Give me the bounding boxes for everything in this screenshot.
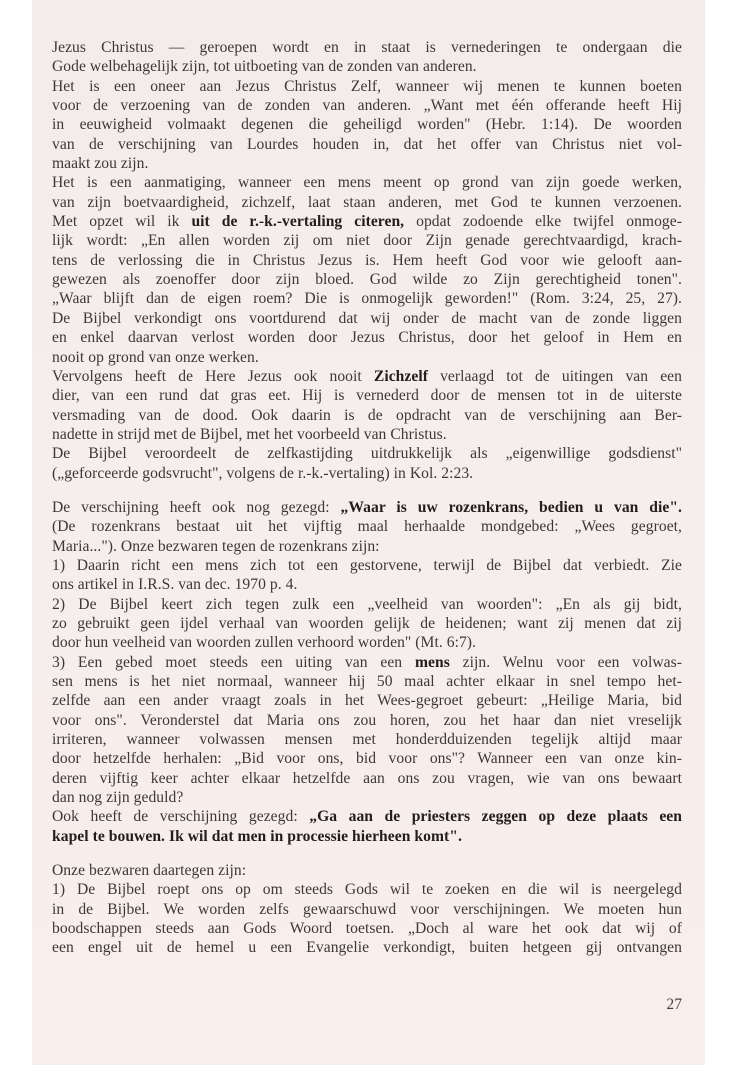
text-line: in de Bijbel. We worden zelfs gewaarschu… — [52, 900, 682, 919]
text-line: deren vijftig keer achter elkaar hetzelf… — [52, 769, 682, 788]
text-line: dan nog zijn geduld? — [52, 788, 682, 807]
text-line: en enkel daarvan verlost worden door Jez… — [52, 328, 682, 347]
bold-text: „Waar is uw rozenkrans, bedien u van die… — [341, 499, 683, 516]
text-segment: verlaagd tot de uitingen van een — [428, 368, 682, 385]
text-line: gewezen als zoenoffer door zijn bloed. G… — [52, 270, 682, 289]
text-segment: van de verschijning van Lourdes houden i… — [52, 136, 682, 153]
text-segment: in de Bijbel. We worden zelfs gewaarschu… — [52, 901, 682, 918]
text-line: De Bijbel verkondigt ons voortdurend dat… — [52, 309, 682, 328]
text-segment: „Waar blijft dan de eigen roem? Die is o… — [52, 290, 682, 307]
text-segment: De verschijning heeft ook nog gezegd: — [52, 499, 341, 516]
text-line: nooit op grond van onze werken. — [52, 348, 682, 367]
document-page: Jezus Christus — geroepen wordt en in st… — [32, 0, 705, 1065]
text-line: versmading van de dood. Ook daarin is de… — [52, 406, 682, 425]
text-segment: 1) De Bijbel roept ons op om steeds Gods… — [52, 881, 682, 898]
text-line: 3) Een gebed moet steeds een uiting van … — [52, 653, 682, 672]
text-segment: De Bijbel verkondigt ons voortdurend dat… — [52, 310, 682, 327]
text-segment: gewezen als zoenoffer door zijn bloed. G… — [52, 271, 682, 288]
text-line: 2) De Bijbel keert zich tegen zulk een „… — [52, 595, 682, 614]
bold-text: kapel te bouwen. Ik wil dat men in proce… — [52, 828, 462, 845]
text-line: „Waar blijft dan de eigen roem? Die is o… — [52, 289, 682, 308]
text-segment: deren vijftig keer achter elkaar hetzelf… — [52, 770, 682, 787]
text-line: dier, van een rund dat gras eet. Hij is … — [52, 386, 682, 405]
text-line: tens de verlossing die in Christus Jezus… — [52, 251, 682, 270]
text-segment: nooit op grond van onze werken. — [52, 349, 259, 366]
text-line: Jezus Christus — geroepen wordt en in st… — [52, 38, 682, 57]
text-segment: door hetzelfde herhalen: „Bid voor ons, … — [52, 750, 682, 767]
text-line: ons artikel in I.R.S. van dec. 1970 p. 4… — [52, 575, 682, 594]
text-segment: 1) Daarin richt een mens zich tot een ge… — [52, 557, 682, 574]
paragraph-gap — [52, 846, 682, 861]
text-line: een engel uit de hemel u een Evangelie v… — [52, 938, 682, 957]
text-line: door hun veelheid van woorden zullen ver… — [52, 633, 682, 652]
bold-text: mens — [415, 654, 450, 671]
text-segment: zo gebruikt geen ijdel verhaal van woord… — [52, 615, 682, 632]
text-segment: boodschappen steeds aan Gods Woord toets… — [52, 920, 682, 937]
text-line: kapel te bouwen. Ik wil dat men in proce… — [52, 827, 682, 846]
text-segment: versmading van de dood. Ook daarin is de… — [52, 407, 682, 424]
text-segment: (De rozenkrans bestaat uit het vijftig m… — [52, 518, 682, 535]
text-segment: opdat zodoende elke twijfel onmoge- — [404, 213, 682, 230]
bold-text: „Ga aan de priesters zeggen op deze plaa… — [309, 808, 682, 825]
text-segment: lijk wordt: „En allen worden zij om niet… — [52, 232, 682, 249]
text-segment: Met opzet wil ik — [52, 213, 191, 230]
text-line: Het is een oneer aan Jezus Christus Zelf… — [52, 77, 682, 96]
text-segment: door hun veelheid van woorden zullen ver… — [52, 634, 476, 651]
text-segment: ons artikel in I.R.S. van dec. 1970 p. 4… — [52, 576, 297, 593]
text-segment: De Bijbel veroordeelt de zelfkastijding … — [52, 445, 682, 462]
text-line: van de verschijning van Lourdes houden i… — [52, 135, 682, 154]
text-line: door hetzelfde herhalen: „Bid voor ons, … — [52, 749, 682, 768]
text-line: Gode welbehagelijk zijn, tot uitboeting … — [52, 57, 682, 76]
text-line: De Bijbel veroordeelt de zelfkastijding … — [52, 444, 682, 463]
text-segment: 3) Een gebed moet steeds een uiting van … — [52, 654, 415, 671]
text-line: boodschappen steeds aan Gods Woord toets… — [52, 919, 682, 938]
text-segment: („geforceerde godsvrucht", volgens de r.… — [52, 465, 473, 482]
text-line: De verschijning heeft ook nog gezegd: „W… — [52, 498, 682, 517]
text-segment: zelfde aan een ander vraagt zoals in het… — [52, 692, 682, 709]
text-segment: een engel uit de hemel u een Evangelie v… — [52, 939, 682, 956]
paragraph-gap — [52, 483, 682, 498]
text-line: in eeuwigheid volmaakt degenen die gehei… — [52, 115, 682, 134]
text-line: Vervolgens heeft de Here Jezus ook nooit… — [52, 367, 682, 386]
text-segment: Het is een aanmatiging, wanneer een mens… — [52, 174, 682, 191]
text-line: Ook heeft de verschijning gezegd: „Ga aa… — [52, 807, 682, 826]
bold-text: uit de r.-k.-vertaling citeren, — [191, 213, 404, 230]
text-line: Maria..."). Onze bezwaren tegen de rozen… — [52, 537, 682, 556]
bold-text: Zichzelf — [374, 368, 428, 385]
text-segment: tens de verlossing die in Christus Jezus… — [52, 252, 682, 269]
text-segment: in eeuwigheid volmaakt degenen die gehei… — [52, 116, 682, 133]
page-number: 27 — [52, 996, 682, 1014]
text-line: („geforceerde godsvrucht", volgens de r.… — [52, 464, 682, 483]
text-segment: Maria..."). Onze bezwaren tegen de rozen… — [52, 538, 380, 555]
text-line: 1) De Bijbel roept ons op om steeds Gods… — [52, 880, 682, 899]
text-line: sen mens is het niet normaal, wanneer hi… — [52, 672, 682, 691]
text-line: irriteren, wanneer volwassen mensen met … — [52, 730, 682, 749]
text-segment: voor ons". Veronderstel dat Maria ons zo… — [52, 712, 682, 729]
text-line: Onze bezwaren daartegen zijn: — [52, 861, 682, 880]
text-line: voor de verzoening van de zonden van and… — [52, 96, 682, 115]
text-segment: Ook heeft de verschijning gezegd: — [52, 808, 309, 825]
text-segment: Onze bezwaren daartegen zijn: — [52, 862, 246, 879]
text-line: (De rozenkrans bestaat uit het vijftig m… — [52, 517, 682, 536]
text-segment: irriteren, wanneer volwassen mensen met … — [52, 731, 682, 748]
text-line: Met opzet wil ik uit de r.-k.-vertaling … — [52, 212, 682, 231]
text-line: lijk wordt: „En allen worden zij om niet… — [52, 231, 682, 250]
text-line: zo gebruikt geen ijdel verhaal van woord… — [52, 614, 682, 633]
text-segment: dan nog zijn geduld? — [52, 789, 183, 806]
text-segment: en enkel daarvan verlost worden door Jez… — [52, 329, 682, 346]
text-line: maakt zou zijn. — [52, 154, 682, 173]
text-segment: dier, van een rund dat gras eet. Hij is … — [52, 387, 682, 404]
text-segment: Gode welbehagelijk zijn, tot uitboeting … — [52, 58, 477, 75]
text-segment: voor de verzoening van de zonden van and… — [52, 97, 682, 114]
text-segment: sen mens is het niet normaal, wanneer hi… — [52, 673, 682, 690]
text-line: 1) Daarin richt een mens zich tot een ge… — [52, 556, 682, 575]
text-segment: Vervolgens heeft de Here Jezus ook nooit — [52, 368, 374, 385]
body-text: Jezus Christus — geroepen wordt en in st… — [52, 38, 682, 958]
text-line: zelfde aan een ander vraagt zoals in het… — [52, 691, 682, 710]
text-segment: 2) De Bijbel keert zich tegen zulk een „… — [52, 596, 682, 613]
text-segment: maakt zou zijn. — [52, 155, 148, 172]
text-segment: van zijn boetvaardigheid, zichzelf, laat… — [52, 194, 682, 211]
text-line: nadette in strijd met de Bijbel, met het… — [52, 425, 682, 444]
text-segment: zijn. Welnu voor een volwas- — [450, 654, 682, 671]
text-line: voor ons". Veronderstel dat Maria ons zo… — [52, 711, 682, 730]
text-line: van zijn boetvaardigheid, zichzelf, laat… — [52, 193, 682, 212]
text-segment: nadette in strijd met de Bijbel, met het… — [52, 426, 447, 443]
text-segment: Het is een oneer aan Jezus Christus Zelf… — [52, 78, 682, 95]
text-segment: Jezus Christus — geroepen wordt en in st… — [52, 39, 682, 56]
text-line: Het is een aanmatiging, wanneer een mens… — [52, 173, 682, 192]
